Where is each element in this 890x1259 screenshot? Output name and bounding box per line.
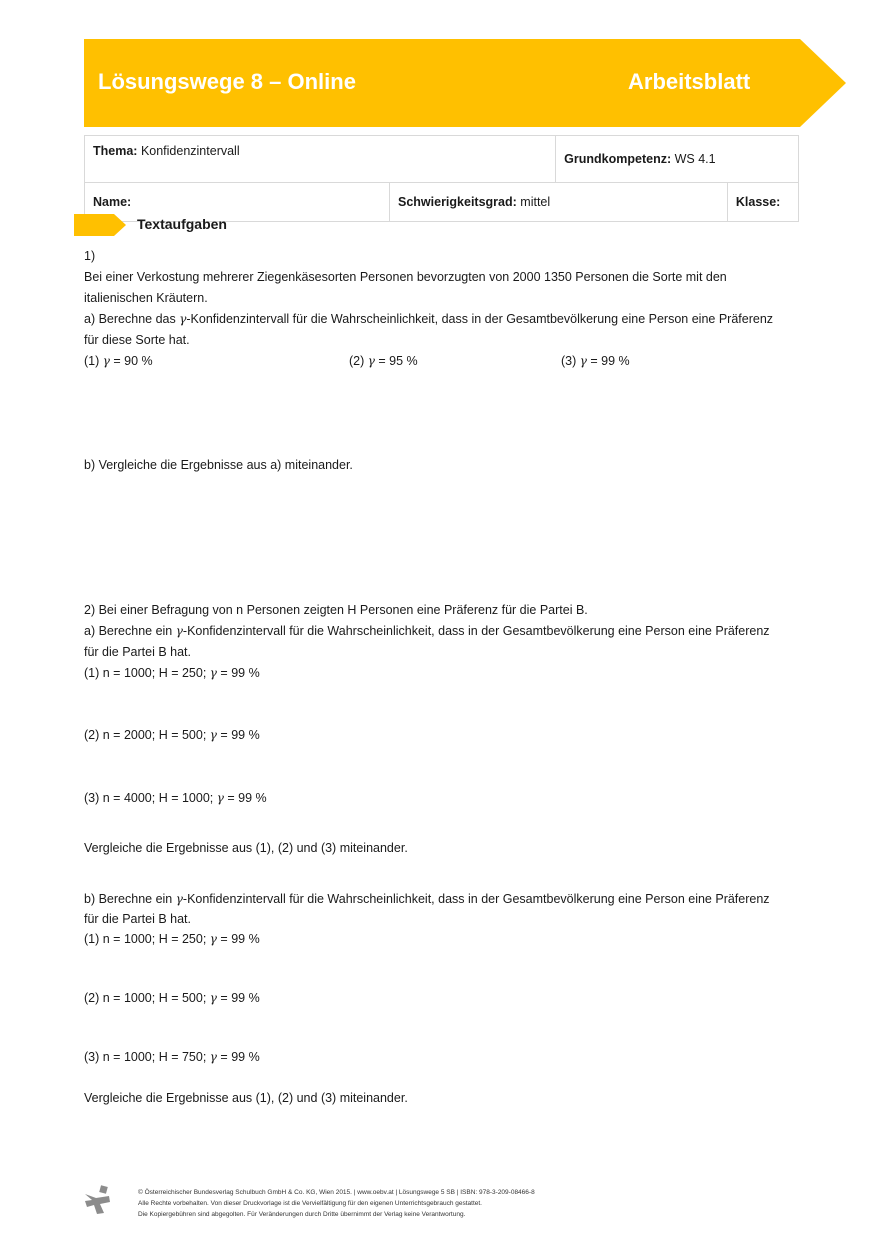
thema-value: Konfidenzintervall [141, 144, 240, 158]
gamma-symbol: γ [368, 354, 375, 368]
task2-b-compare: Vergleiche die Ergebnisse aus (1), (2) u… [84, 1089, 408, 1107]
thema-label: Thema: [93, 144, 137, 158]
worksheet-meta-table: Thema: Konfidenzintervall Grundkompetenz… [84, 135, 799, 222]
task2-a-item-1: (1) n = 1000; H = 250; γ = 99 % [84, 664, 260, 682]
gamma-symbol: γ [179, 312, 186, 326]
task2-b-item-3: (3) n = 1000; H = 750; γ = 99 % [84, 1048, 260, 1066]
banner-title: Lösungswege 8 – Online [98, 69, 356, 95]
task1-a-line1: a) Berechne das γ-Konfidenzintervall für… [84, 310, 773, 328]
grundkompetenz-cell: Grundkompetenz: WS 4.1 [556, 136, 799, 183]
task2-b-item-1: (1) n = 1000; H = 250; γ = 99 % [84, 930, 260, 948]
footer-line-1: © Österreichischer Bundesverlag Schulbuc… [138, 1187, 535, 1198]
task1-option-2: (2) γ = 95 % [349, 352, 418, 370]
footer-line-2: Alle Rechte vorbehalten. Von dieser Druc… [138, 1198, 535, 1209]
task2-a-line1: a) Berechne ein γ-Konfidenzintervall für… [84, 622, 770, 640]
header-banner: Lösungswege 8 – Online Arbeitsblatt [84, 39, 846, 127]
gamma-symbol: γ [217, 791, 224, 805]
task2-a-compare: Vergleiche die Ergebnisse aus (1), (2) u… [84, 839, 408, 857]
footer-copyright: © Österreichischer Bundesverlag Schulbuc… [138, 1187, 535, 1220]
thema-cell: Thema: Konfidenzintervall [85, 136, 556, 183]
gamma-symbol: γ [176, 624, 183, 638]
gamma-symbol: γ [210, 728, 217, 742]
gamma-symbol: γ [210, 991, 217, 1005]
section-title: Textaufgaben [137, 216, 227, 232]
schwierigkeit-value: mittel [520, 195, 550, 209]
task2-b-item-2: (2) n = 1000; H = 500; γ = 99 % [84, 989, 260, 1007]
task2-a-item-3: (3) n = 4000; H = 1000; γ = 99 % [84, 789, 267, 807]
task1-a-line2: für diese Sorte hat. [84, 331, 190, 349]
gamma-symbol: γ [176, 892, 183, 906]
task1-intro-line2: italienischen Kräutern. [84, 289, 208, 307]
footer-line-3: Die Kopiergebühren sind abgegolten. Für … [138, 1209, 535, 1220]
gamma-symbol: γ [210, 932, 217, 946]
grundkompetenz-value: WS 4.1 [675, 152, 716, 166]
gamma-symbol: γ [210, 1050, 217, 1064]
task2-b-line1: b) Berechne ein γ-Konfidenzintervall für… [84, 890, 770, 908]
task1-b: b) Vergleiche die Ergebnisse aus a) mite… [84, 456, 353, 474]
klasse-cell[interactable]: Klasse: [727, 183, 798, 222]
name-cell[interactable]: Name: [85, 183, 390, 222]
gamma-symbol: γ [103, 354, 110, 368]
publisher-logo-icon [84, 1185, 114, 1220]
schwierigkeit-cell: Schwierigkeitsgrad: mittel [390, 183, 728, 222]
task2-a-line2: für die Partei B hat. [84, 643, 191, 661]
task1-number: 1) [84, 247, 95, 265]
schwierigkeit-label: Schwierigkeitsgrad: [398, 195, 517, 209]
task2-a-item-2: (2) n = 2000; H = 500; γ = 99 % [84, 726, 260, 744]
gamma-symbol: γ [580, 354, 587, 368]
name-label: Name: [93, 195, 131, 209]
section-arrow-icon [74, 214, 126, 236]
task1-option-1: (1) γ = 90 % [84, 352, 153, 370]
gamma-symbol: γ [210, 666, 217, 680]
task2-intro: 2) Bei einer Befragung von n Personen ze… [84, 601, 588, 619]
task2-b-line2: für die Partei B hat. [84, 910, 191, 928]
task1-option-3: (3) γ = 99 % [561, 352, 630, 370]
klasse-label: Klasse: [736, 195, 780, 209]
task1-intro-line1: Bei einer Verkostung mehrerer Ziegenkäse… [84, 268, 727, 286]
banner-doc-type: Arbeitsblatt [628, 69, 750, 95]
grundkompetenz-label: Grundkompetenz: [564, 152, 671, 166]
